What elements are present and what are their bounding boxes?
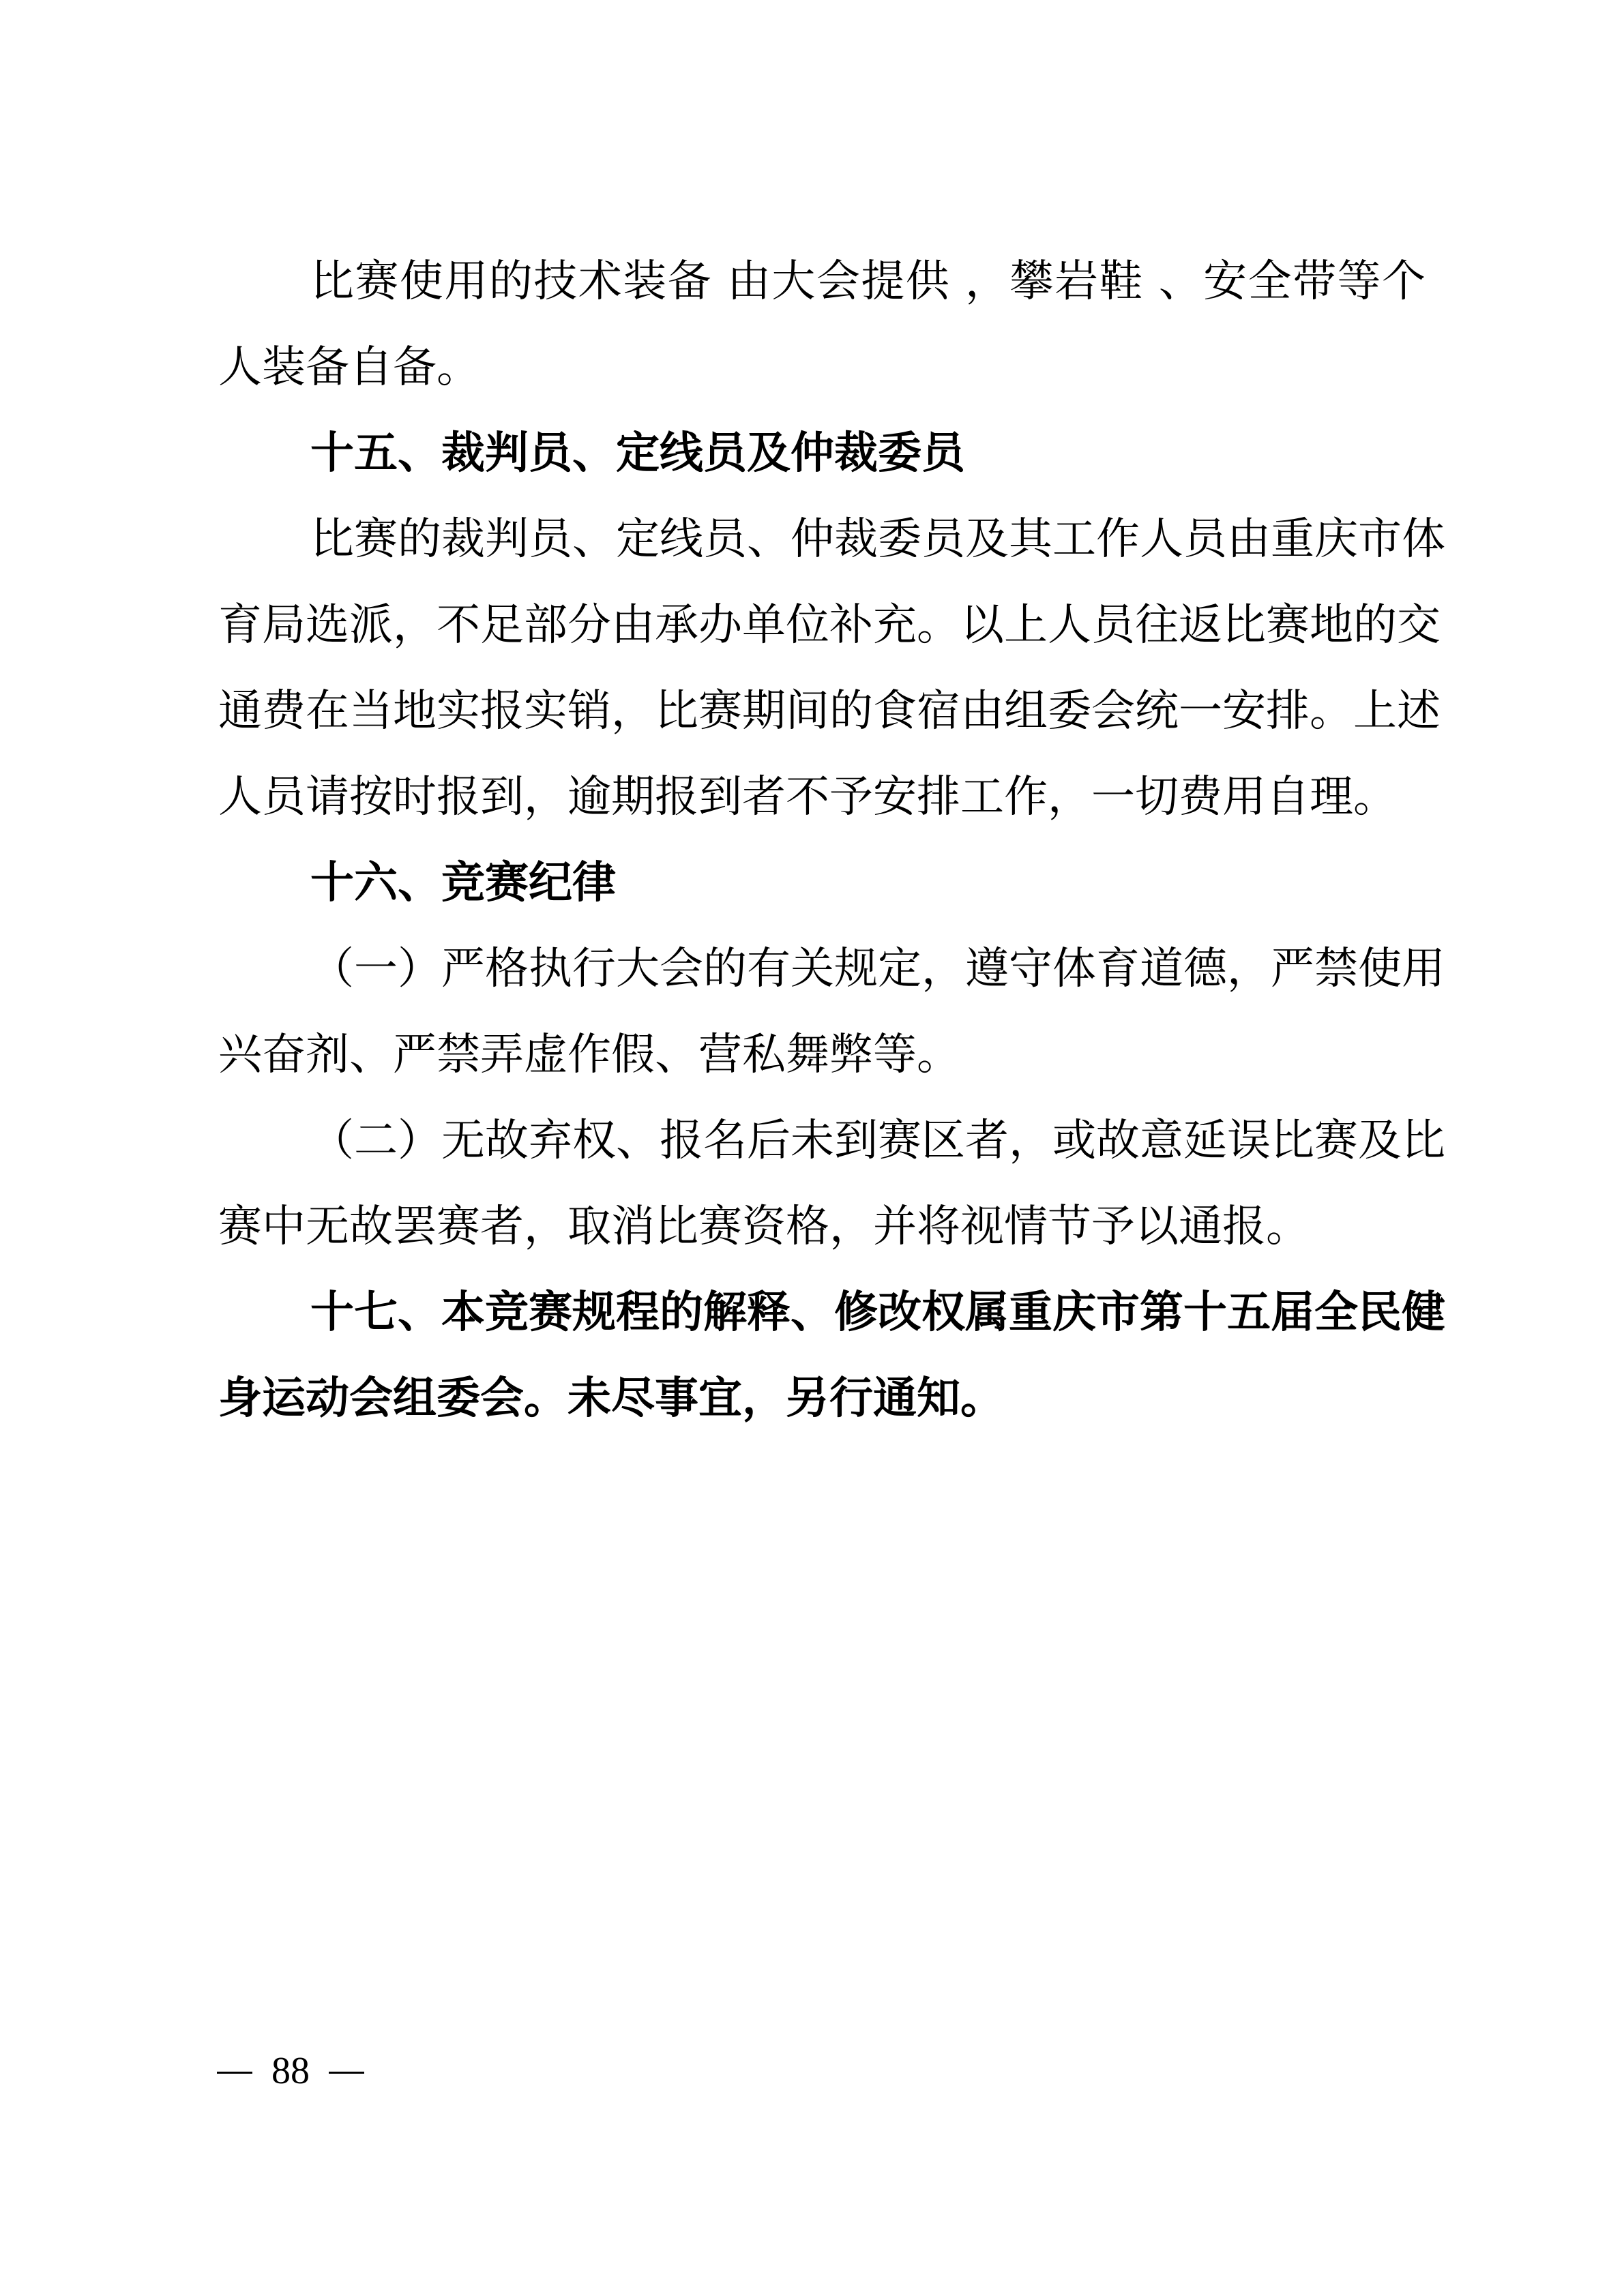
- heading-line: 身运动会组委会。未尽事宜，另行通知。: [218, 1356, 1426, 1442]
- paragraph-line: 比赛的裁判员、定线员、仲裁委员及其工作人员由重庆市体: [218, 496, 1426, 582]
- document-body: 比赛使用的技术装备 由大会提供 ，攀岩鞋 、安全带等个 人装备自备。 十五、裁判…: [218, 239, 1426, 1442]
- left-dash: [217, 2072, 252, 2074]
- paragraph-discipline-1: （一）严格执行大会的有关规定，遵守体育道德，严禁使用 兴奋剂、严禁弄虚作假、营私…: [218, 926, 1426, 1098]
- paragraph-line: 赛中无故罢赛者，取消比赛资格，并将视情节予以通报。: [218, 1184, 1426, 1270]
- page-number: 88: [217, 2049, 364, 2093]
- paragraph-line: 人装备自备。: [218, 325, 1426, 411]
- section-heading-16: 十六、竞赛纪律: [218, 840, 1426, 926]
- heading-line: 十七、本竞赛规程的解释、修改权属重庆市第十五届全民健: [218, 1270, 1426, 1356]
- paragraph-line: 兴奋剂、严禁弄虚作假、营私舞弊等。: [218, 1012, 1426, 1098]
- right-dash: [329, 2072, 364, 2074]
- paragraph-discipline-2: （二）无故弃权、报名后未到赛区者，或故意延误比赛及比 赛中无故罢赛者，取消比赛资…: [218, 1098, 1426, 1270]
- paragraph-line: 通费在当地实报实销，比赛期间的食宿由组委会统一安排。上述: [218, 668, 1426, 754]
- paragraph-line: （一）严格执行大会的有关规定，遵守体育道德，严禁使用: [218, 926, 1426, 1012]
- section-heading-17: 十七、本竞赛规程的解释、修改权属重庆市第十五届全民健 身运动会组委会。未尽事宜，…: [218, 1270, 1426, 1442]
- paragraph-line: （二）无故弃权、报名后未到赛区者，或故意延误比赛及比: [218, 1098, 1426, 1184]
- section-heading-15: 十五、裁判员、定线员及仲裁委员: [218, 411, 1426, 496]
- paragraph-equipment: 比赛使用的技术装备 由大会提供 ，攀岩鞋 、安全带等个 人装备自备。: [218, 239, 1426, 411]
- paragraph-line: 人员请按时报到，逾期报到者不予安排工作，一切费用自理。: [218, 754, 1426, 840]
- paragraph-line: 比赛使用的技术装备 由大会提供 ，攀岩鞋 、安全带等个: [218, 239, 1426, 325]
- page-number-value: 88: [271, 2049, 310, 2093]
- document-page: 比赛使用的技术装备 由大会提供 ，攀岩鞋 、安全带等个 人装备自备。 十五、裁判…: [0, 0, 1624, 2296]
- paragraph-referees: 比赛的裁判员、定线员、仲裁委员及其工作人员由重庆市体 育局选派，不足部分由承办单…: [218, 496, 1426, 840]
- paragraph-line: 育局选派，不足部分由承办单位补充。以上人员往返比赛地的交: [218, 582, 1426, 668]
